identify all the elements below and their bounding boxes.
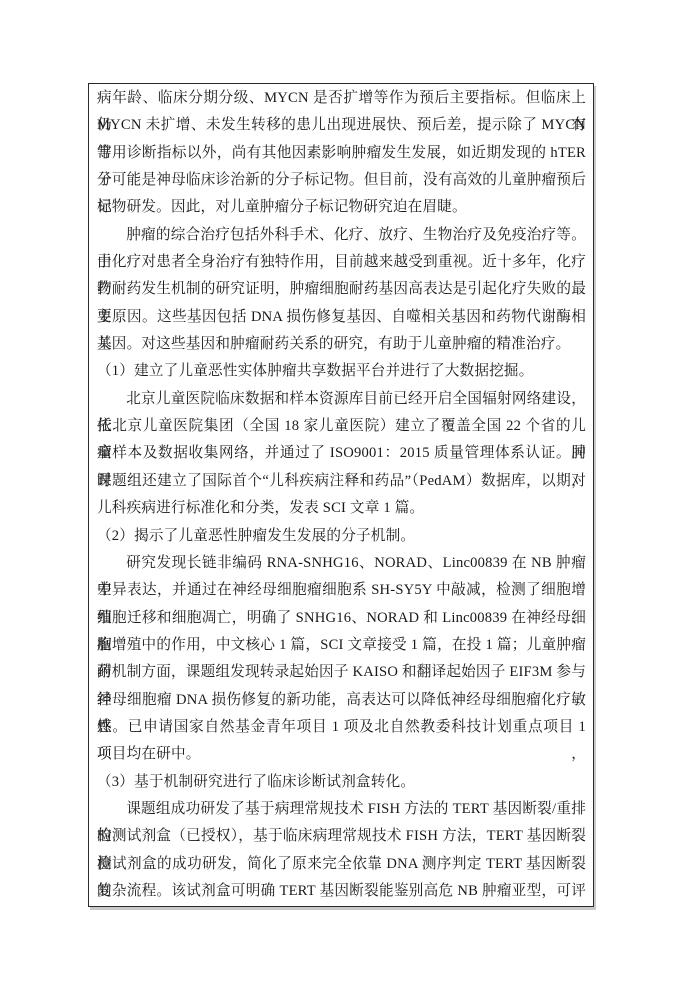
text-line: （1）建立了儿童恶性实体肿瘤共享数据平台并进行了大数据挖掘。 <box>97 358 586 385</box>
text-line: 测试剂盒的成功研发，简化了原来完全依靠 DNA 测序判定 TERT 基因断裂的 <box>97 851 586 878</box>
text-line: 研究发现长链非编码 RNA-SNHG16、NORAD、Linc00839 在 N… <box>97 550 586 577</box>
text-frame: 病年龄、临床分期分级、MYCN 是否扩增等作为预后主要指标。但临床上仍有MYCN… <box>88 83 594 907</box>
text-line: 细胞迁移和细胞凋亡，明确了 SNHG16、NORAD 和 Linc00839 在… <box>97 605 586 632</box>
text-line: 子可能是神母临床诊治新的分子标记物。但目前，没有高效的儿童肿瘤预后标 <box>97 167 586 194</box>
text-line: 病年龄、临床分期分级、MYCN 是否扩增等作为预后主要指标。但临床上仍有 <box>97 85 586 112</box>
text-line: 肿瘤的综合治疗包括外科手术、化疗、放疗、生物治疗及免疫治疗等。由 <box>97 222 586 249</box>
text-line: 课题组成功研发了基于病理常规技术 FISH 方法的 TERT 基因断裂/重排的 <box>97 796 586 823</box>
text-line: （2）揭示了儿童恶性肿瘤发生发展的分子机制。 <box>97 523 586 550</box>
text-line: 要原因。这些基因包括 DNA 损伤修复基因、自噬相关基因和药物代谢酶相关 <box>97 304 586 331</box>
text-line: MYCN 未扩增、未发生转移的患儿出现进展快、预后差，提示除了 MYCN 等 <box>97 112 586 139</box>
document-page: 病年龄、临床分期分级、MYCN 是否扩增等作为预后主要指标。但临床上仍有MYCN… <box>0 0 700 990</box>
text-line: 记物研发。因此，对儿童肿瘤分子标记物研究迫在眉睫。 <box>97 194 586 221</box>
text-line: 差异表达，并通过在神经母细胞瘤细胞系 SH-SY5Y 中敲减，检测了细胞增殖、 <box>97 577 586 604</box>
text-line: 北京儿童医院临床数据和样本资源库目前已经开启全国辐射网络建设，依 <box>97 386 586 413</box>
text-line: 于化疗对患者全身治疗有独特作用，目前越来越受到重视。近十多年，化疗药 <box>97 249 586 276</box>
text-line: 性。已申请国家自然基金青年项目 1 项及北自然教委科技计划重点项目 1 项， <box>97 714 586 741</box>
text-line: 物耐药发生机制的研究证明，肿瘤细胞耐药基因高表达是引起化疗失败的最主 <box>97 276 586 303</box>
text-line: 课题组还建立了国际首个“儿科疾病注释和药品”（PedAM）数据库，以期对 <box>97 468 586 495</box>
text-line: 经母细胞瘤 DNA 损伤修复的新功能，高表达可以降低神经母细胞瘤化疗敏感 <box>97 687 586 714</box>
text-line: （3）基于机制研究进行了临床诊断试剂盒转化。 <box>97 769 586 796</box>
text-line: 复杂流程。该试剂盒可明确 TERT 基因断裂能鉴别高危 NB 肿瘤亚型，可评估 <box>97 878 586 905</box>
text-line: 托北京儿童医院集团（全国 18 家儿童医院）建立了覆盖全国 22 个省的儿童肿 <box>97 413 586 440</box>
text-line: 检测试剂盒（已授权），基于临床病理常规技术 FISH 方法，TERT 基因断裂检 <box>97 823 586 850</box>
text-line: 常用诊断指标以外，尚有其他因素影响肿瘤发生发展，如近期发现的 hTER 分 <box>97 140 586 167</box>
text-line: 瘤增殖中的作用，中文核心 1 篇，SCI 文章接受 1 篇，在投 1 篇；儿童肿… <box>97 632 586 659</box>
text-line: 药机制方面，课题组发现转录起始因子 KAISO 和翻译起始因子 EIF3M 参与… <box>97 659 586 686</box>
text-line: 儿科疾病进行标准化和分类，发表 SCI 文章 1 篇。 <box>97 495 586 522</box>
text-line: 瘤样本及数据收集网络，并通过了 ISO9001：2015 质量管理体系认证。同时… <box>97 440 586 467</box>
text-line: 基因。对这些基因和肿瘤耐药关系的研究，有助于儿童肿瘤的精准治疗。 <box>97 331 586 358</box>
